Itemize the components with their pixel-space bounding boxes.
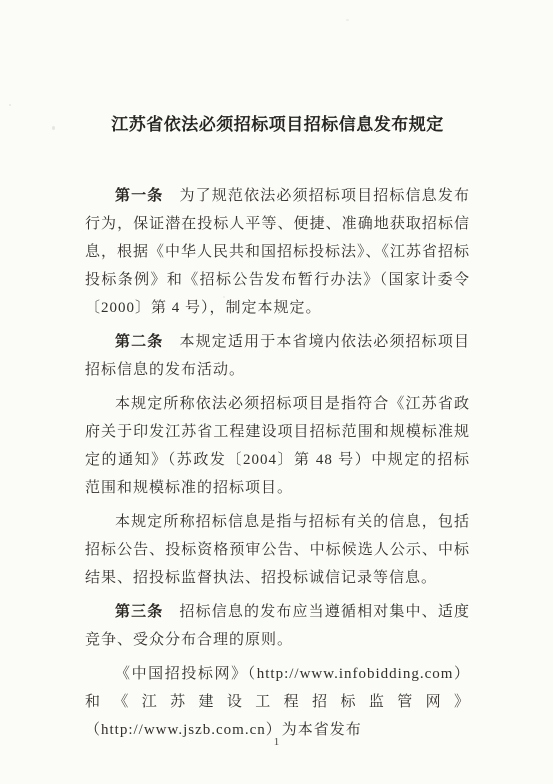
article-label: 第三条: [115, 604, 163, 620]
paragraph-text: 本规定所称招标信息是指与招标有关的信息，包括招标公告、投标资格预审公告、中标候选…: [85, 514, 470, 586]
scan-speckle: [9, 104, 11, 106]
paragraph: 第一条为了规范依法必须招标项目招标信息发布行为，保证潜在投标人平等、便捷、准确地…: [85, 182, 470, 322]
page-number: 1: [0, 736, 553, 748]
paragraph-text: 《中国招投标网》（http://www.infobidding.com）和《江苏…: [85, 666, 470, 738]
document-title: 江苏省依法必须招标项目招标信息发布规定: [85, 112, 470, 138]
paragraph: 本规定所称招标信息是指与招标有关的信息，包括招标公告、投标资格预审公告、中标候选…: [85, 508, 470, 592]
paragraph: 第二条本规定适用于本省境内依法必须招标项目招标信息的发布活动。: [85, 328, 470, 384]
article-label: 第二条: [115, 334, 163, 350]
paragraph: 《中国招投标网》（http://www.infobidding.com）和《江苏…: [85, 660, 470, 744]
paragraph-text: 为了规范依法必须招标项目招标信息发布行为，保证潜在投标人平等、便捷、准确地获取招…: [85, 188, 470, 316]
paragraph-text: 本规定所称依法必须招标项目是指符合《江苏省政府关于印发江苏省工程建设项目招标范围…: [85, 396, 470, 496]
scan-speckle: [52, 126, 55, 130]
document-page: 江苏省依法必须招标项目招标信息发布规定 第一条为了规范依法必须招标项目招标信息发…: [0, 0, 553, 784]
scan-speckle: [346, 19, 349, 21]
paragraph: 第三条招标信息的发布应当遵循相对集中、适度竞争、受众分布合理的原则。: [85, 598, 470, 654]
paragraph: 本规定所称依法必须招标项目是指符合《江苏省政府关于印发江苏省工程建设项目招标范围…: [85, 390, 470, 502]
scan-speckle: [223, 296, 225, 298]
article-label: 第一条: [115, 188, 163, 204]
